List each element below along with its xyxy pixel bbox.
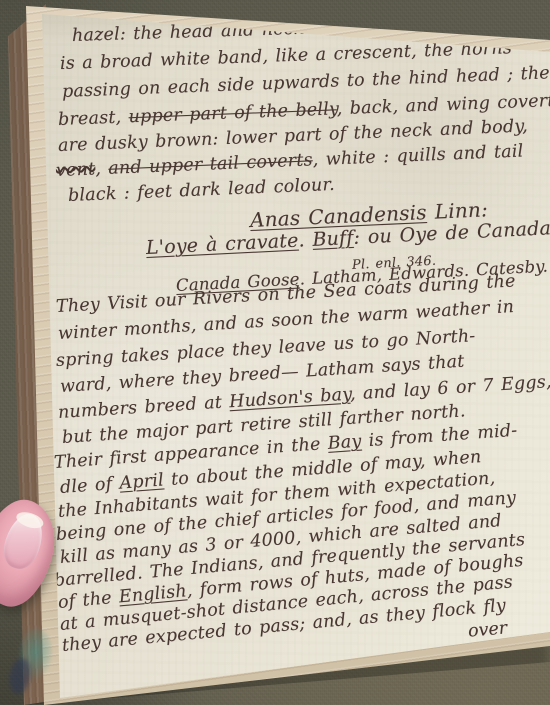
text-underline: April <box>119 470 165 493</box>
text-strike: and upper tail coverts <box>108 150 313 179</box>
thumb-nail <box>0 509 49 573</box>
text-segment: dle of <box>59 474 120 498</box>
manuscript-page: hazel: the head and neck black : under t… <box>0 0 550 705</box>
text-segment: . <box>298 229 313 252</box>
text-scribble: vent <box>56 159 96 181</box>
text-underline: Bay <box>327 432 362 454</box>
text-segment: , back, and wing coverts <box>336 91 550 120</box>
text-strike: upper part of the belly <box>128 99 337 127</box>
manuscript-line: black : feet dark lead colour. <box>68 175 336 206</box>
text-segment: breast, <box>58 107 129 130</box>
text-segment: black : feet dark lead colour. <box>68 175 336 206</box>
text-underline: L'oye à cravate <box>145 230 299 259</box>
catchword: over <box>467 618 508 641</box>
text-segment: , white : quills and tail <box>312 141 523 170</box>
photo-scene: hazel: the head and neck black : under t… <box>0 0 550 705</box>
text-underline: Hudson's bay <box>229 385 351 413</box>
text-underline: Buff <box>312 227 354 251</box>
handwritten-text: hazel: the head and neck black : under t… <box>0 0 550 705</box>
